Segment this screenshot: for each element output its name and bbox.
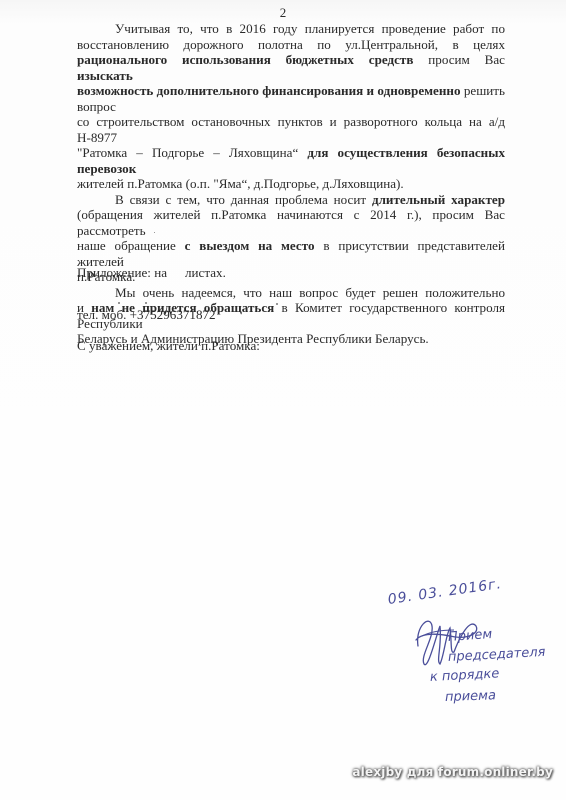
text-line: рационального использования бюджетных ср…: [77, 52, 505, 83]
text-line: Мы очень надеемся, что наш вопрос будет …: [77, 285, 505, 301]
handwritten-resolution: 09. 03. 2016г. Прием председателя к поря…: [360, 580, 566, 730]
text-run: (обращения жителей п.Ратомка начинаются …: [77, 207, 505, 238]
phone-number: тел. моб. +375296371872: [77, 307, 216, 323]
paragraph-road-repair: Учитывая то, что в 2016 году планируется…: [77, 21, 505, 192]
text-line: (обращения жителей п.Ратомка начинаются …: [77, 207, 505, 238]
handwritten-date: 09. 03. 2016г.: [387, 576, 503, 608]
text-run: наше обращение: [77, 238, 185, 253]
text-run: со строительством остановочных пунктов и…: [77, 114, 505, 145]
text-line: со строительством остановочных пунктов и…: [77, 114, 505, 145]
attachment-line: Приложение: налистах.: [77, 265, 226, 281]
text-line: возможность дополнительного финансирован…: [77, 83, 505, 114]
text-run: восстановлению дорожного полотна по ул.Ц…: [77, 37, 505, 52]
emphasized-text: возможность дополнительного финансирован…: [77, 83, 461, 98]
letter-body: Учитывая то, что в 2016 году планируется…: [77, 21, 505, 347]
closing-salutation: С уважением, жители п.Ратомка:: [77, 338, 260, 354]
text-line: жителей п.Ратомка (о.п. "Яма“, д.Подгорь…: [77, 176, 505, 192]
attachment-label: Приложение: на: [77, 265, 167, 280]
text-run: "Ратомка – Подгорье – Ляховщина“: [77, 145, 307, 160]
emphasized-text: длительный характер: [372, 192, 505, 207]
handwritten-line-3: к порядке: [430, 666, 500, 685]
text-line: восстановлению дорожного полотна по ул.Ц…: [77, 37, 505, 53]
emphasized-text: изыскать: [77, 68, 133, 83]
scanned-letter-page: 2 Учитывая то, что в 2016 году планирует…: [0, 0, 566, 800]
page-number: 2: [0, 5, 566, 21]
watermark: alexjby для forum.onliner.by: [352, 765, 553, 779]
scan-speck: [276, 303, 278, 305]
text-run: Мы очень надеемся, что наш вопрос будет …: [115, 285, 505, 300]
scan-speck: [118, 302, 120, 304]
text-run: Учитывая то, что в 2016 году планируется…: [115, 21, 505, 36]
scan-speck: [145, 302, 147, 304]
text-run: просим Вас: [413, 52, 505, 67]
scan-speck: [154, 232, 155, 233]
text-line: В связи с тем, что данная проблема носит…: [77, 192, 505, 208]
attachment-unit: листах.: [185, 265, 226, 280]
emphasized-text: с выездом на место: [185, 238, 315, 253]
text-line: Учитывая то, что в 2016 году планируется…: [77, 21, 505, 37]
handwritten-line-4: приема: [445, 688, 496, 705]
handwritten-line-1: Прием: [447, 627, 492, 645]
emphasized-text: рационального использования бюджетных ср…: [77, 52, 413, 67]
text-run: жителей п.Ратомка (о.п. "Яма“, д.Подгорь…: [77, 176, 404, 191]
text-run: В связи с тем, что данная проблема носит: [115, 192, 372, 207]
text-line: "Ратомка – Подгорье – Ляховщина“ для осу…: [77, 145, 505, 176]
